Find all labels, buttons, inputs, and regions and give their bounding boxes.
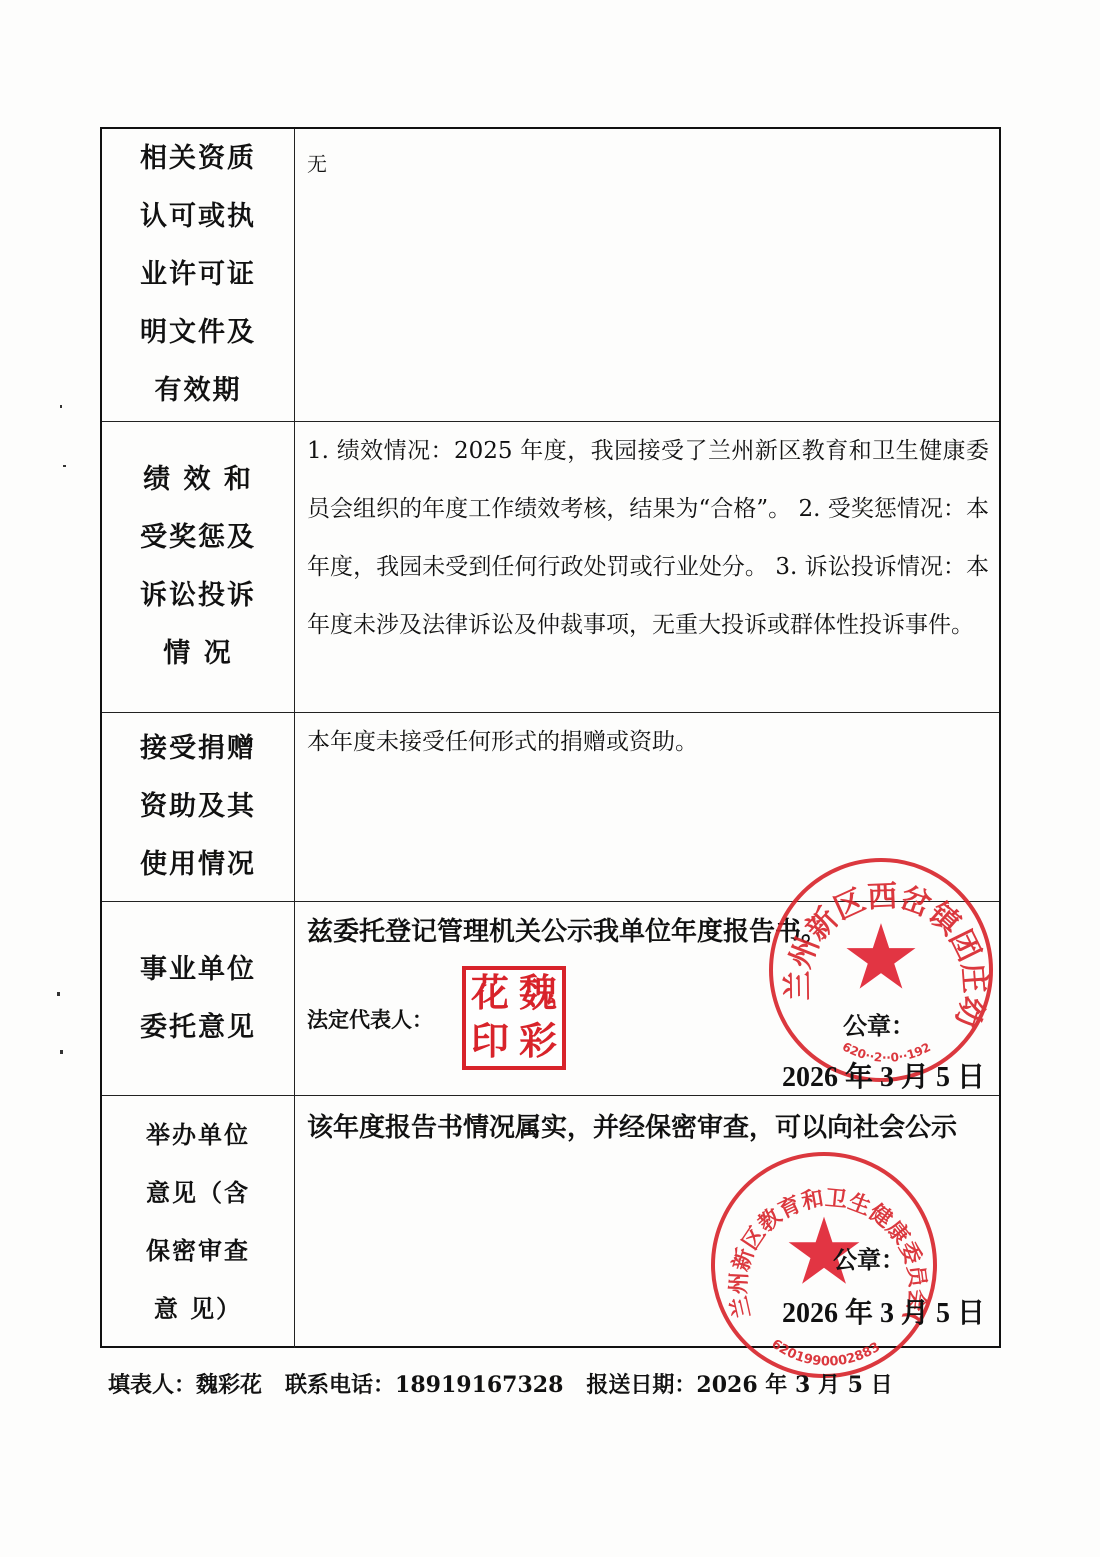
label-line: 委托意见: [140, 999, 256, 1057]
label-line: 受奖惩及: [140, 509, 256, 567]
content-performance: 1. 绩效情况：2025 年度，我园接受了兰州新区教育和卫生健康委员会组织的年度…: [295, 422, 999, 712]
label-line: 相关资质: [140, 130, 256, 188]
filler-name: 魏彩花: [196, 1372, 262, 1398]
seal-char: 彩: [514, 1018, 562, 1066]
scan-speck: [63, 465, 66, 467]
label-entrustment: 事业单位 委托意见: [102, 902, 295, 1095]
seal-char: 花: [466, 970, 514, 1018]
label-performance: 绩 效 和 受奖惩及 诉讼投诉 情 况: [102, 422, 295, 712]
annual-report-table: 相关资质 认可或执 业许可证 明文件及 有效期 无 绩 效 和 受奖惩及 诉讼投…: [100, 127, 1001, 1348]
label-line: 资助及其: [140, 778, 256, 836]
submit-date-label: 报送日期：: [586, 1372, 696, 1398]
official-seal-label: 公章：: [843, 998, 915, 1054]
submit-date: 2026 年 3 月 5 日: [696, 1372, 892, 1398]
label-line: 保密审查: [146, 1222, 250, 1280]
phone-number: 18919167328: [395, 1372, 563, 1398]
phone-label: 联系电话：: [285, 1372, 395, 1398]
label-line: 使用情况: [140, 836, 256, 894]
filler-label: 填表人：: [108, 1372, 196, 1398]
row-entrustment: 事业单位 委托意见 兹委托登记管理机关公示我单位年度报告书。 法定代表人： 花 …: [102, 902, 999, 1096]
label-line: 诉讼投诉: [140, 567, 256, 625]
report-footer: 填表人：魏彩花 联系电话：18919167328 报送日期：2026 年 3 月…: [108, 1368, 893, 1399]
sponsor-statement: 该年度报告书情况属实，并经保密审查，可以向社会公示: [307, 1100, 989, 1156]
label-line: 明文件及: [140, 304, 256, 362]
scan-speck: [57, 992, 60, 996]
content-qualifications: 无: [295, 129, 999, 421]
label-line: 绩 效 和: [143, 451, 253, 509]
official-seal-label: 公章：: [833, 1232, 905, 1288]
label-line: 事业单位: [140, 941, 256, 999]
scan-speck: [60, 1050, 63, 1054]
seal-char: 魏: [514, 970, 562, 1018]
star-icon: ★: [845, 929, 917, 985]
label-line: 认可或执: [140, 188, 256, 246]
label-line: 意 见）: [154, 1280, 242, 1338]
label-line: 意见（含: [146, 1164, 250, 1222]
scan-speck: [60, 405, 62, 408]
row-qualifications: 相关资质 认可或执 业许可证 明文件及 有效期 无: [102, 129, 999, 422]
legal-rep-label: 法定代表人：: [307, 992, 433, 1048]
label-line: 接受捐赠: [140, 720, 256, 778]
personal-seal: 花 魏 印 彩: [462, 966, 566, 1070]
label-line: 有效期: [155, 362, 242, 420]
label-line: 情 况: [163, 625, 232, 683]
row-sponsor-opinion: 举办单位 意见（含 保密审查 意 见） 该年度报告书情况属实，并经保密审查，可以…: [102, 1096, 999, 1348]
row-performance: 绩 效 和 受奖惩及 诉讼投诉 情 况 1. 绩效情况：2025 年度，我园接受…: [102, 422, 999, 713]
label-line: 举办单位: [146, 1106, 250, 1164]
label-qualifications: 相关资质 认可或执 业许可证 明文件及 有效期: [102, 129, 295, 421]
content-entrustment: 兹委托登记管理机关公示我单位年度报告书。 法定代表人： 花 魏 印 彩 兰州新区…: [295, 902, 999, 1095]
seal-char: 印: [466, 1018, 514, 1066]
sponsor-date: 2026 年 3 月 5 日: [782, 1286, 985, 1342]
content-sponsor-opinion: 该年度报告书情况属实，并经保密审查，可以向社会公示 兰州新区教育和卫生健康委员会…: [295, 1096, 999, 1348]
label-donations: 接受捐赠 资助及其 使用情况: [102, 713, 295, 901]
label-sponsor-opinion: 举办单位 意见（含 保密审查 意 见）: [102, 1096, 295, 1348]
label-line: 业许可证: [140, 246, 256, 304]
